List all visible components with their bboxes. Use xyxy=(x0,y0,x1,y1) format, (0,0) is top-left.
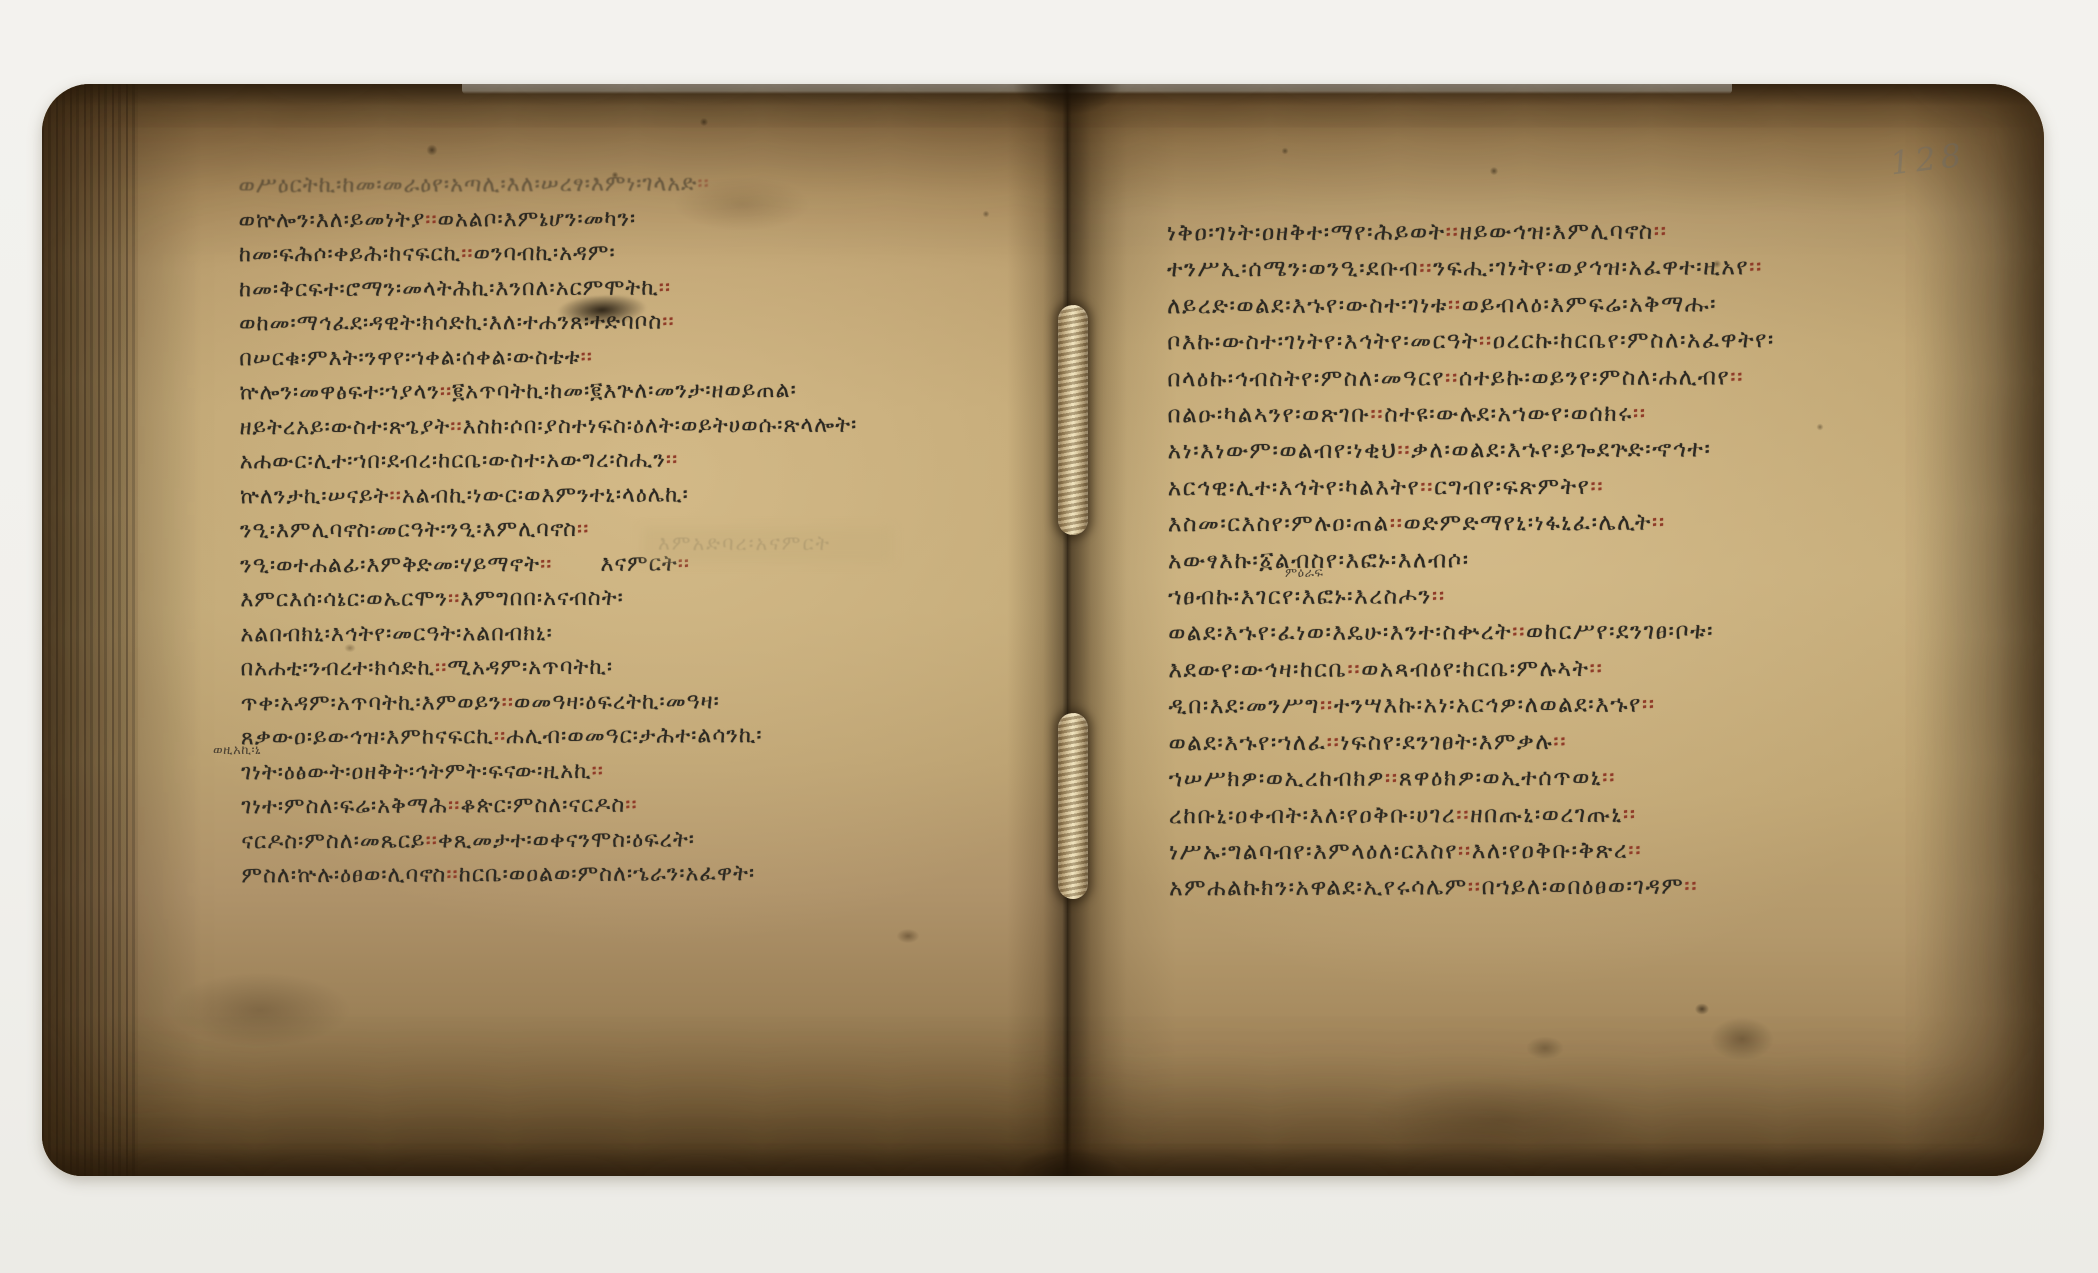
text-line: ወሥዕርትኪ፡ከመ፡መራዕየ፡አጣሊ፡እለ፡ሠረፃ፡እምነ፡ገላአድ፡፡ xyxy=(238,167,888,204)
text-line: ወልደ፡እኁየ፡ፈነወ፡እዴሁ፡እንተ፡ስቍረት፡፡ወከርሥየ፡ደንገፀ፡ቦቱ፡ xyxy=(1168,613,1948,652)
rubricated-separator: ፡፡ xyxy=(425,207,437,232)
text-line: ረከቡኒ፡ዐቀብት፡እለ፡የዐቅቡ፡ሀገረ፡፡ዘበጡኒ፡ወረገጡኒ፡፡ xyxy=(1169,795,1949,834)
rubricated-separator: ፡፡ xyxy=(1628,838,1642,864)
rubricated-separator: ፡፡ xyxy=(1446,219,1460,245)
gutter-shadow-top xyxy=(1007,84,1127,124)
text-line: ለይረድ፡ወልደ፡እኁየ፡ውስተ፡ገነቱ፡፡ወይብላዕ፡እምፍሬ፡አቅማሑ፡ xyxy=(1167,285,1947,324)
text-line: በሠርቁ፡ምእት፡ንዋየ፡ኀቀል፡ሰቀል፡ውስቴቱ፡፡ xyxy=(239,339,889,376)
rubricated-separator: ፡፡ xyxy=(1512,620,1526,646)
text-line: ተንሥኢ፡ሰሜን፡ወንዒ፡ደቡብ፡፡ንፍሒ፡ገነትየ፡ወያኅዝ፡አፈዋተ፡ዚአየ… xyxy=(1167,249,1947,288)
rubricated-separator: ፡፡ xyxy=(1326,729,1340,755)
text-line: አነ፡እነውም፡ወልብየ፡ነቂህ፡፡ቃለ፡ወልደ፡እኁየ፡ይጐደጕድ፡ኆኅተ፡ xyxy=(1168,431,1948,470)
rubricated-separator: ፡፡ xyxy=(1652,510,1666,536)
rubricated-separator: ፡፡ xyxy=(1633,401,1647,427)
rubricated-separator: ፡፡ xyxy=(1553,729,1567,755)
text-line: ገነተ፡ምስለ፡ፍሬ፡አቅማሕ፡፡ቆጵር፡ምስለ፡ናርዶስ፡፡ xyxy=(241,788,891,825)
text-line: አምሐልኩክን፡አዋልደ፡ኢየሩሳሌም፡፡በኀይለ፡ወበዕፀወ፡ገዳም፡፡ xyxy=(1169,868,1949,907)
rubricated-separator: ፡፡ xyxy=(1684,874,1698,900)
binding-thread-bottom xyxy=(1058,713,1088,899)
text-line: እምርእሰ፡ሳኔር፡ወኤርሞን፡፡እምግበበ፡አናብስት፡ xyxy=(240,581,890,618)
text-line: ቦእኩ፡ውስተ፡ገነትየ፡እኅትየ፡መርዓት፡፡ዐረርኩ፡ከርቤየ፡ምስለ፡አፈ… xyxy=(1167,322,1947,361)
text-line: ኀሠሥክዎ፡ወኢረከብክዎ፡፡ጸዋዕክዎ፡ወኢተሰጥወኒ፡፡ xyxy=(1169,759,1949,798)
text-line: ከመ፡ፍሕሶ፡ቀይሕ፡ከናፍርኪ፡፡ወንባብኪ፡አዳም፡ xyxy=(239,236,889,273)
text-line: ናርዶስ፡ምስለ፡መጼርይ፡፡ቀጺመታተ፡ወቀናንሞስ፡ዕፍረት፡ xyxy=(241,822,891,859)
text-line: ጥቀ፡አዳም፡አጥባትኪ፡እምወይን፡፡ወመዓዛ፡ዕፍረትኪ፡መዓዛ፡ xyxy=(241,684,891,721)
rubricated-separator: ፡፡ xyxy=(1456,802,1470,828)
rubricated-separator: ፡፡ xyxy=(1419,256,1433,282)
rubricated-separator: ፡፡ xyxy=(659,275,671,300)
rubricated-separator: ፡፡ xyxy=(494,724,506,749)
text-line: ጸቃውዐ፡ይውኅዝ፡እምከናፍርኪ፡፡ሐሊብ፡ወመዓር፡ታሕተ፡ልሳንኪ፡ xyxy=(241,719,891,756)
text-line: በላዕኩ፡ኅብስትየ፡ምስለ፡መዓርየ፡፡ሰተይኩ፡ወይንየ፡ምስለ፡ሐሊብየ፡… xyxy=(1167,358,1947,397)
binding-thread-top xyxy=(1058,305,1088,535)
rubricated-separator: ፡፡ xyxy=(540,552,552,577)
rubricated-separator: ፡፡ xyxy=(1347,657,1361,683)
rubricated-separator: ፡፡ xyxy=(446,862,458,887)
text-line: ወኵሎን፡እለ፡ይመነትያ፡፡ወአልቦ፡እምኔሆን፡መካን፡ xyxy=(239,201,889,238)
rubricated-separator: ፡፡ xyxy=(1420,474,1434,500)
rubricated-separator: ፡፡ xyxy=(581,344,593,369)
open-codex: ወሥዕርትኪ፡ከመ፡መራዕየ፡አጣሊ፡እለ፡ሠረፃ፡እምነ፡ገላአድ፡፡ወኵሎን… xyxy=(42,84,2044,1176)
interlinear-correction-right: ምዕራፍ xyxy=(1285,566,1324,581)
text-line: አሐውር፡ሊተ፡ኀበ፡ደብረ፡ከርቤ፡ውስተ፡አውግረ፡ስሒን፡፡ xyxy=(240,443,890,480)
manuscript-photo-scene: ወሥዕርትኪ፡ከመ፡መራዕየ፡አጣሊ፡እለ፡ሠረፃ፡እምነ፡ገላአድ፡፡ወኵሎን… xyxy=(0,0,2098,1273)
rubricated-separator: ፡፡ xyxy=(448,586,460,611)
text-line: እስመ፡ርእስየ፡ምሉዐ፡ጠል፡፡ወድምድማየኒ፡ነፋኒፈ፡ሌሊት፡፡ xyxy=(1168,504,1948,543)
rubricated-separator: ፡፡ xyxy=(625,793,637,818)
text-line: እደውየ፡ውኅዛ፡ከርቤ፡፡ወአጻብዕየ፡ከርቤ፡ምሉኣት፡፡ xyxy=(1168,650,1948,689)
rubricated-separator: ፡፡ xyxy=(389,483,401,508)
rubricated-separator: ፡፡ xyxy=(461,241,473,266)
rubricated-separator: ፡፡ xyxy=(426,828,438,853)
rubricated-separator: ፡፡ xyxy=(662,310,674,335)
text-line: ኀፀብኩ፡እገርየ፡እፎኑ፡እረስሖን፡፡ xyxy=(1168,577,1948,616)
rubricated-separator: ፡፡ xyxy=(1397,438,1411,464)
right-page-text: ነቅዐ፡ገነት፡ዐዘቅተ፡ማየ፡ሕይወት፡፡ዘይውኅዝ፡እምሊባኖስ፡፡ተንሥኢ… xyxy=(1167,213,1949,907)
rubricated-separator: ፡፡ xyxy=(1390,511,1404,537)
rubricated-separator: ፡፡ xyxy=(1458,838,1472,864)
rubricated-separator: ፡፡ xyxy=(1623,801,1637,827)
rubricated-separator: ፡፡ xyxy=(1589,656,1603,682)
rubricated-separator: ፡፡ xyxy=(1479,328,1493,354)
rubricated-separator: ፡፡ xyxy=(592,758,604,783)
rubricated-separator: ፡፡ xyxy=(666,448,678,473)
rubricated-separator: ፡፡ xyxy=(697,171,709,196)
rubricated-separator: ፡፡ xyxy=(1448,292,1462,318)
rubricated-separator: ፡፡ xyxy=(577,517,589,542)
gutter-shadow-bottom xyxy=(1007,1140,1127,1176)
rubricated-separator: ፡፡ xyxy=(1730,364,1744,390)
rubricated-separator: ፡፡ xyxy=(1432,583,1446,609)
rubricated-separator: ፡፡ xyxy=(1602,765,1616,791)
rubricated-separator: ፡፡ xyxy=(440,379,452,404)
binding-gutter xyxy=(1007,84,1127,1176)
text-line: አርኅዊ፡ሊተ፡እኅትየ፡ካልእትየ፡፡ርግብየ፡ፍጽምትየ፡፡ xyxy=(1168,467,1948,506)
rubricated-separator: ፡፡ xyxy=(1654,219,1668,245)
rubricated-separator: ፡፡ xyxy=(448,793,460,818)
text-line: ኵሎን፡መዋፅፍተ፡ኀያላን፡፡፪አጥባትኪ፡ከመ፡፪እጕለ፡መንታ፡ዘወይጠል… xyxy=(239,374,889,411)
erased-ghost-text: እምአድባረ፡አናምርት xyxy=(658,531,908,555)
rubricated-separator: ፡፡ xyxy=(1642,692,1656,718)
ink-blot xyxy=(554,294,649,327)
rubricated-separator: ፡፡ xyxy=(1590,474,1604,500)
text-line: ገነት፡ዕፅውት፡ዐዘቅት፡ኅትምት፡ፍናው፡ዚአኪ፡፡ xyxy=(241,753,891,790)
text-line: ነቅዐ፡ገነት፡ዐዘቅተ፡ማየ፡ሕይወት፡፡ዘይውኅዝ፡እምሊባኖስ፡፡ xyxy=(1167,213,1947,252)
text-line: ዲበ፡እደ፡መንሥግ፡፡ተንሣእኩ፡አነ፡አርኅዎ፡ለወልደ፡እኁየ፡፡ xyxy=(1168,686,1948,725)
text-line: በአሐቲ፡ንብረተ፡ክሳድኪ፡፡ሚአዳም፡አጥባትኪ፡ xyxy=(241,650,891,687)
rubricated-separator: ፡፡ xyxy=(1468,875,1482,901)
rubricated-separator: ፡፡ xyxy=(1749,255,1763,281)
rubricated-separator: ፡፡ xyxy=(1445,365,1459,391)
text-line: ኵለንታኪ፡ሠናይት፡፡አልብኪ፡ነውር፡ወእምንተኒ፡ላዕሌኪ፡ xyxy=(240,477,890,514)
rubricated-separator: ፡፡ xyxy=(1370,402,1384,428)
text-line: ወልደ፡እኁየ፡ኀለፈ፡፡ነፍስየ፡ደንገፀት፡እምቃሉ፡፡ xyxy=(1169,722,1949,761)
rubricated-separator: ፡፡ xyxy=(435,656,447,681)
text-line: ነሥኡ፡ግልባብየ፡እምላዕለ፡ርእስየ፡፡እለ፡የዐቅቡ፡ቅጽረ፡፡ xyxy=(1169,832,1949,871)
interlinear-correction-left: ወዚአኪ፡ኒ xyxy=(213,743,261,758)
rubricated-separator: ፡፡ xyxy=(502,690,514,715)
text-line: ምስለ፡ኵሉ፡ዕፀወ፡ሊባኖስ፡፡ከርቤ፡ወዐልወ፡ምስለ፡ኄራን፡አፈዋት፡ xyxy=(241,857,891,894)
rubricated-separator: ፡፡ xyxy=(1385,766,1399,792)
text-line: በልዑ፡ካልኣንየ፡ወጽገቡ፡፡ስተዩ፡ውሉደ፡አኀውየ፡ወሰክሩ፡፡ xyxy=(1167,395,1947,434)
rubricated-separator: ፡፡ xyxy=(1320,693,1334,719)
text-line: አልበብክኒ፡እኅትየ፡መርዓት፡አልበብክኒ፡ xyxy=(240,615,890,652)
page-stack-edge xyxy=(42,84,138,1176)
text-line: ዘይትረአይ፡ውስተ፡ጽጌያት፡፡እስከ፡ሶበ፡ያስተነፍስ፡ዕለት፡ወይትሀወ… xyxy=(239,408,889,445)
rubricated-separator: ፡፡ xyxy=(450,414,462,439)
